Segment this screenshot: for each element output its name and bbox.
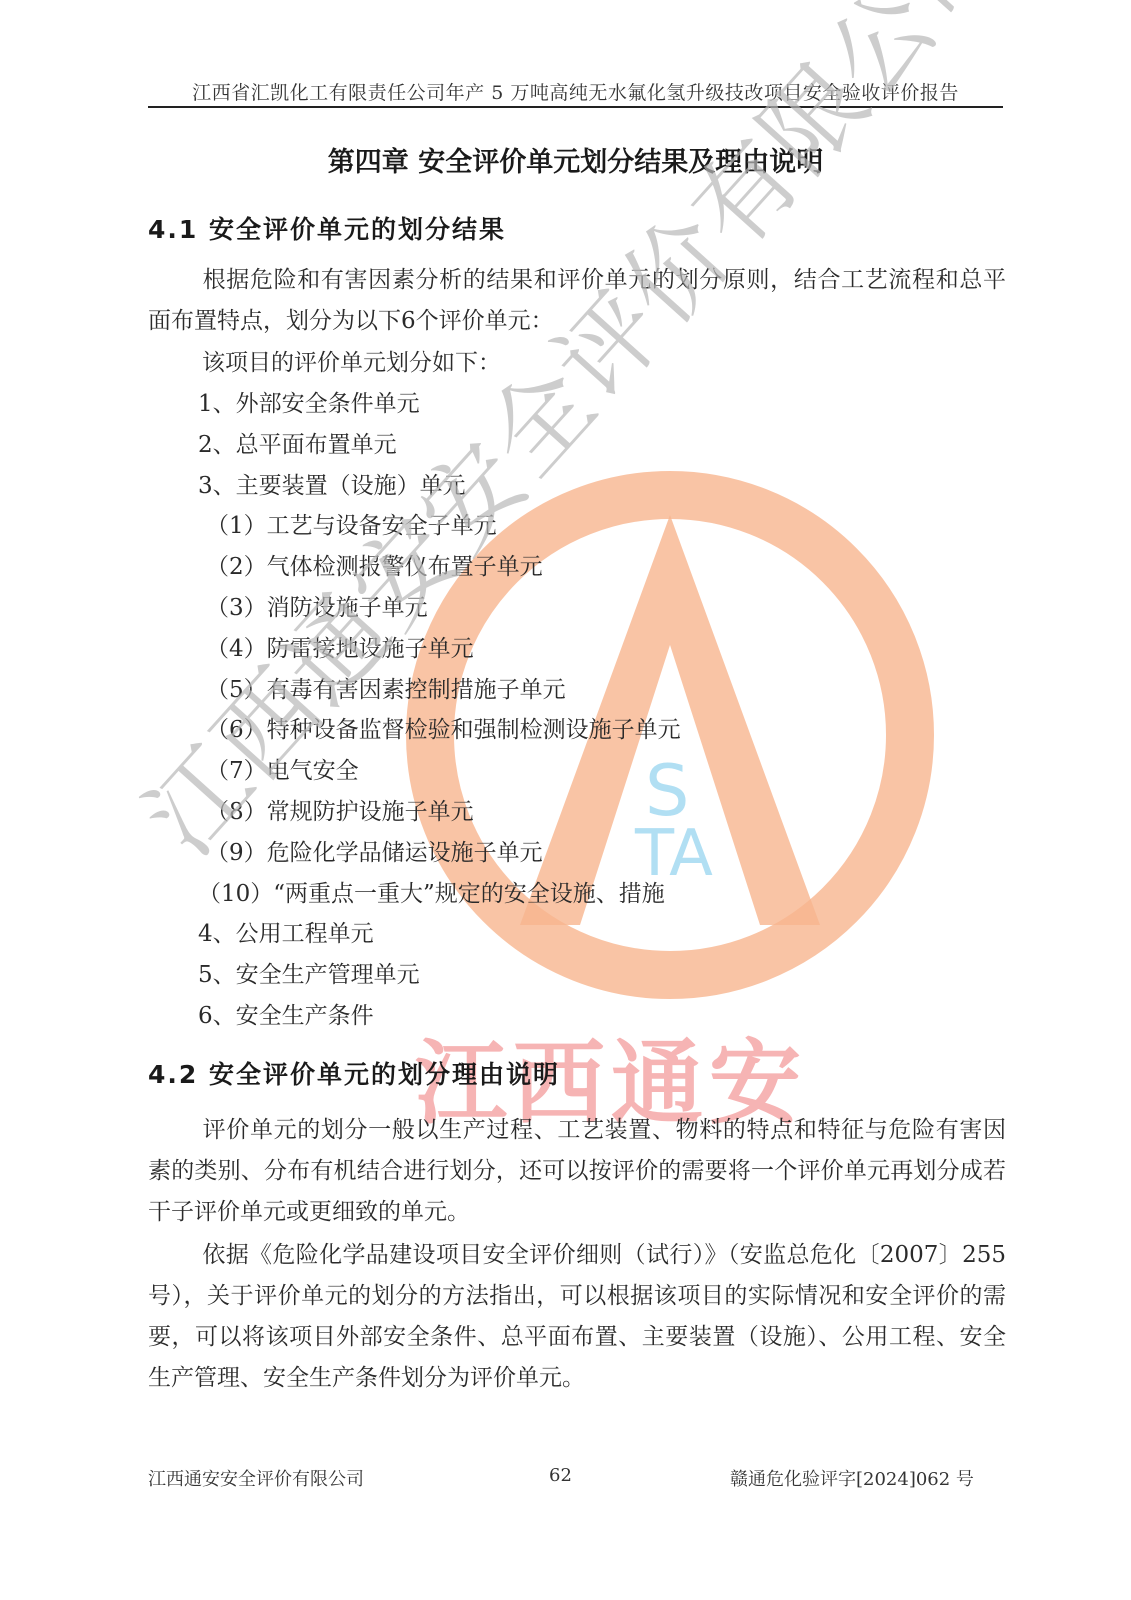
sub-list-item: （6）特种设备监督检验和强制检测设施子单元 bbox=[198, 710, 681, 751]
running-header: 江西省汇凯化工有限责任公司年产 5 万吨高纯无水氟化氢升级技改项目安全验收评价报… bbox=[148, 78, 1003, 105]
sub-list-item: （7）电气安全 bbox=[198, 751, 681, 792]
paragraph-text: 根据危险和有害因素分析的结果和评价单元的划分原则，结合工艺流程和总平面布置特点，… bbox=[148, 267, 1006, 334]
list-item: 6、安全生产条件 bbox=[198, 996, 681, 1037]
sub-list-item: （1）工艺与设备安全子单元 bbox=[198, 506, 681, 547]
list-item: 1、外部安全条件单元 bbox=[198, 384, 681, 425]
footer-document-number: 赣通危化验评字[2024]062 号 bbox=[730, 1465, 974, 1491]
sub-list-item: （3）消防设施子单元 bbox=[198, 588, 681, 629]
header-divider bbox=[148, 106, 1003, 108]
list-item: 5、安全生产管理单元 bbox=[198, 955, 681, 996]
list-item: 4、公用工程单元 bbox=[198, 914, 681, 955]
sub-list-item: （10）“两重点一重大”规定的安全设施、措施 bbox=[198, 874, 681, 915]
sub-list-item: （4）防雷接地设施子单元 bbox=[198, 629, 681, 670]
section-heading-4-1: 4.1 安全评价单元的划分结果 bbox=[148, 210, 506, 246]
sub-list-item: （9）危险化学品储运设施子单元 bbox=[198, 833, 681, 874]
sub-list-item: （8）常规防护设施子单元 bbox=[198, 792, 681, 833]
list-item: 3、主要装置（设施）单元 bbox=[198, 466, 681, 507]
footer-company: 江西通安安全评价有限公司 bbox=[148, 1465, 364, 1491]
section-heading-4-2: 4.2 安全评价单元的划分理由说明 bbox=[148, 1055, 560, 1091]
page-number: 62 bbox=[549, 1465, 572, 1486]
chapter-title: 第四章 安全评价单元划分结果及理由说明 bbox=[148, 140, 1003, 179]
paragraph-4-1-lead: 该项目的评价单元划分如下： bbox=[148, 343, 1006, 384]
evaluation-unit-list: 1、外部安全条件单元 2、总平面布置单元 3、主要装置（设施）单元 （1）工艺与… bbox=[198, 384, 681, 1037]
sub-list-item: （5）有毒有害因素控制措施子单元 bbox=[198, 670, 681, 711]
list-item: 2、总平面布置单元 bbox=[198, 425, 681, 466]
paragraph-4-1-intro: 根据危险和有害因素分析的结果和评价单元的划分原则，结合工艺流程和总平面布置特点，… bbox=[148, 260, 1006, 342]
paragraph-text: 评价单元的划分一般以生产过程、工艺装置、物料的特点和特征与危险有害因素的类别、分… bbox=[148, 1117, 1006, 1225]
document-page: S TA 江西通安 江西省汇凯化工有限责任公司年产 5 万吨高纯无水氟化氢升级技… bbox=[0, 0, 1131, 1600]
sub-list-item: （2）气体检测报警仪布置子单元 bbox=[198, 547, 681, 588]
paragraph-4-2-basis: 依据《危险化学品建设项目安全评价细则（试行）》（安监总危化〔2007〕255 号… bbox=[148, 1235, 1006, 1399]
paragraph-text: 依据《危险化学品建设项目安全评价细则（试行）》（安监总危化〔2007〕255 号… bbox=[148, 1242, 1006, 1391]
paragraph-text: 该项目的评价单元划分如下： bbox=[202, 350, 501, 376]
paragraph-4-2-rationale: 评价单元的划分一般以生产过程、工艺装置、物料的特点和特征与危险有害因素的类别、分… bbox=[148, 1110, 1006, 1233]
